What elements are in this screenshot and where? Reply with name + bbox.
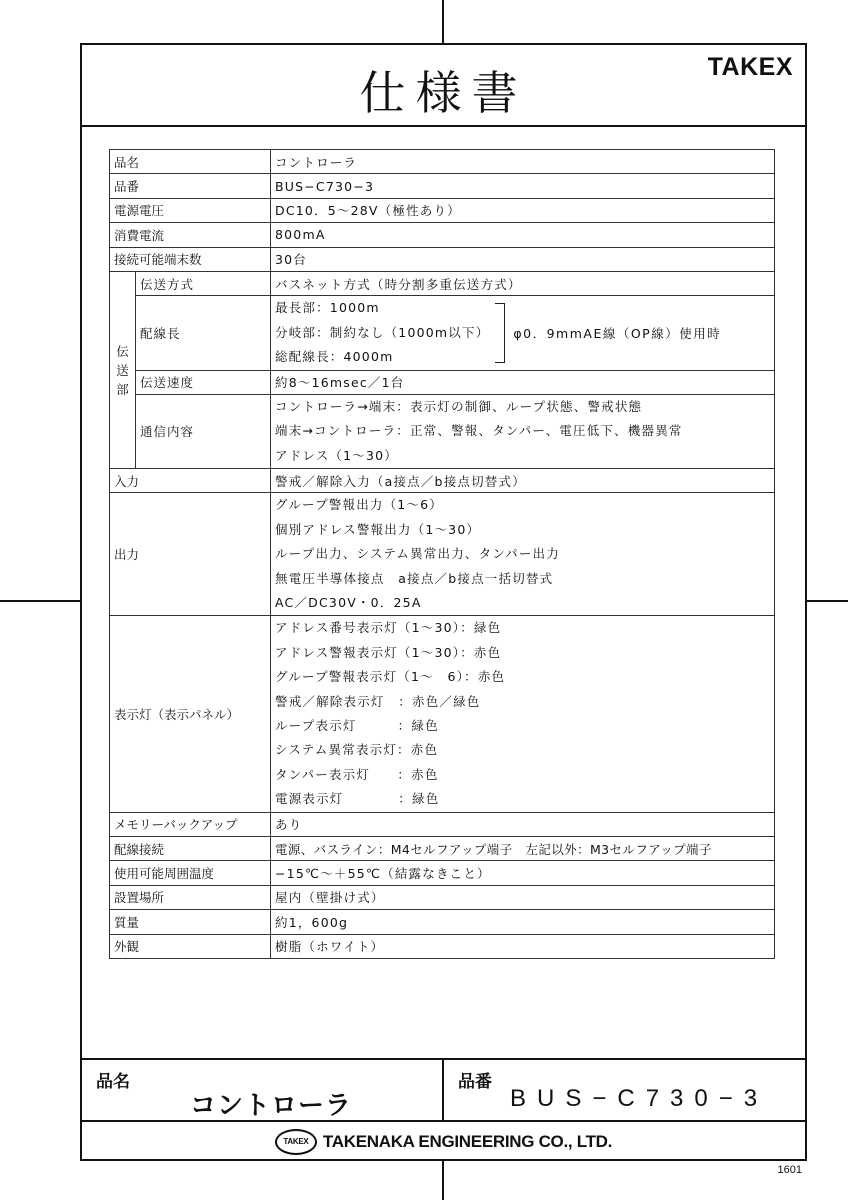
table-row-supply-voltage: 電源電圧 DC10．5～28V（極性あり）	[110, 198, 775, 222]
footer-product-name-cell: 品名 コントローラ	[82, 1060, 444, 1120]
row-label: メモリーバックアップ	[110, 812, 271, 836]
row-label: 品名	[110, 150, 271, 174]
company-name: TAKENAKA ENGINEERING CO., LTD.	[323, 1132, 612, 1152]
transmission-group-label: 伝送部	[110, 271, 136, 468]
company-row: TAKEX TAKENAKA ENGINEERING CO., LTD.	[82, 1122, 805, 1161]
indicator-line: 電源表示灯 ：緑色	[275, 787, 770, 811]
crop-mark-right	[806, 600, 848, 602]
table-row-transmission-speed: 伝送速度 約8～16msec／1台	[110, 370, 775, 394]
row-value: 屋内（壁掛け式）	[271, 885, 775, 909]
row-label: 設置場所	[110, 885, 271, 909]
wiring-line: 総配線長：4000m	[275, 345, 489, 369]
table-row-operating-temp: 使用可能周囲温度 −15℃～＋55℃（結露なきこと）	[110, 861, 775, 885]
table-row-location: 設置場所 屋内（壁掛け式）	[110, 885, 775, 909]
row-label: 品番	[110, 174, 271, 198]
indicator-line: ループ表示灯 ：緑色	[275, 714, 770, 738]
row-label: 配線長	[136, 296, 271, 370]
table-row-current: 消費電流 800mA	[110, 223, 775, 247]
indicator-line: タンパー表示灯 ：赤色	[275, 763, 770, 787]
row-value: DC10．5～28V（極性あり）	[271, 198, 775, 222]
row-label: 電源電圧	[110, 198, 271, 222]
footer-code-value: BUS−C730−3	[510, 1085, 768, 1113]
row-value: 最長部：1000m 分岐部：制約なし（1000m以下） 総配線長：4000m φ…	[271, 296, 775, 370]
footer-name-caption: 品名	[96, 1067, 130, 1092]
table-row-memory-backup: メモリーバックアップ あり	[110, 812, 775, 836]
output-line: ループ出力、システム異常出力、タンパー出力	[275, 542, 770, 566]
wiring-line: 最長部：1000m	[275, 296, 489, 320]
brand-logo: TAKEX	[708, 53, 793, 82]
row-label: 配線接続	[110, 836, 271, 860]
row-label: 質量	[110, 910, 271, 934]
communication-line: コントローラ→端末：表示灯の制御、ループ状態、警戒状態	[275, 395, 770, 419]
row-value: 約1，600g	[271, 910, 775, 934]
row-label: 表示灯（表示パネル）	[110, 616, 271, 812]
crop-mark-left	[0, 600, 80, 602]
crop-mark-bottom	[442, 1160, 444, 1200]
table-row-weight: 質量 約1，600g	[110, 910, 775, 934]
table-row-indicators: 表示灯（表示パネル） アドレス番号表示灯（1～30）：緑色 アドレス警報表示灯（…	[110, 616, 775, 812]
crop-mark-top	[442, 0, 444, 43]
row-label: 伝送方式	[136, 271, 271, 295]
indicator-line: アドレス警報表示灯（1～30）：赤色	[275, 641, 770, 665]
indicator-line: アドレス番号表示灯（1～30）：緑色	[275, 616, 770, 640]
table-row-communication: 通信内容 コントローラ→端末：表示灯の制御、ループ状態、警戒状態 端末→コントロ…	[110, 394, 775, 468]
row-value: 30台	[271, 247, 775, 271]
row-value: 約8～16msec／1台	[271, 370, 775, 394]
wiring-line: 分岐部：制約なし（1000m以下）	[275, 321, 489, 345]
output-line: グループ警報出力（1～6）	[275, 493, 770, 517]
row-value: 樹脂（ホワイト）	[271, 934, 775, 958]
group-label-text: 伝送部	[114, 342, 131, 399]
row-value: BUS−C730−3	[271, 174, 775, 198]
row-value: アドレス番号表示灯（1～30）：緑色 アドレス警報表示灯（1～30）：赤色 グル…	[271, 616, 775, 812]
row-value: −15℃～＋55℃（結露なきこと）	[271, 861, 775, 885]
footer-title-block: 品名 コントローラ 品番 BUS−C730−3	[82, 1058, 805, 1122]
row-value: グループ警報出力（1～6） 個別アドレス警報出力（1～30） ループ出力、システ…	[271, 493, 775, 616]
row-label: 消費電流	[110, 223, 271, 247]
row-label: 入力	[110, 469, 271, 493]
communication-line: 端末→コントローラ：正常、警報、タンパー、電圧低下、機器異常	[275, 419, 770, 443]
output-line: AC／DC30V・0．25A	[275, 591, 770, 615]
row-value: バスネット方式（時分割多重伝送方式）	[271, 271, 775, 295]
table-row-wiring-length: 配線長 最長部：1000m 分岐部：制約なし（1000m以下） 総配線長：400…	[110, 296, 775, 370]
row-value: コントローラ	[271, 150, 775, 174]
document-number: 1601	[778, 1164, 802, 1176]
row-label: 出力	[110, 493, 271, 616]
row-label: 通信内容	[136, 394, 271, 468]
company-logo-icon: TAKEX	[275, 1129, 317, 1155]
indicator-line: グループ警報表示灯（1～ 6）：赤色	[275, 665, 770, 689]
indicator-line: 警戒／解除表示灯 ：赤色／緑色	[275, 690, 770, 714]
footer-name-value: コントローラ	[190, 1085, 352, 1122]
output-line: 無電圧半導体接点 a接点／b接点一括切替式	[275, 567, 770, 591]
title-row: 仕様書 TAKEX	[82, 45, 805, 127]
row-value: 警戒／解除入力（a接点／b接点切替式）	[271, 469, 775, 493]
bracket-divider	[495, 303, 505, 363]
table-row-transmission-method: 伝送部 伝送方式 バスネット方式（時分割多重伝送方式）	[110, 271, 775, 295]
output-line: 個別アドレス警報出力（1～30）	[275, 518, 770, 542]
row-value: 電源、バスライン：M4セルフアップ端子 左記以外：M3セルフアップ端子	[271, 836, 775, 860]
indicator-line: システム異常表示灯：赤色	[275, 738, 770, 762]
footer-code-caption: 品番	[458, 1067, 492, 1092]
communication-line: アドレス（1～30）	[275, 444, 770, 468]
footer-model-cell: 品番 BUS−C730−3	[444, 1060, 805, 1120]
table-row-wiring-connection: 配線接続 電源、バスライン：M4セルフアップ端子 左記以外：M3セルフアップ端子	[110, 836, 775, 860]
row-label: 接続可能端末数	[110, 247, 271, 271]
row-value: 800mA	[271, 223, 775, 247]
table-row-input: 入力 警戒／解除入力（a接点／b接点切替式）	[110, 469, 775, 493]
table-row-appearance: 外観 樹脂（ホワイト）	[110, 934, 775, 958]
page-title: 仕様書	[82, 57, 805, 123]
table-row-model: 品番 BUS−C730−3	[110, 174, 775, 198]
wiring-condition: φ0．9mmAE線（OP線）使用時	[513, 324, 721, 342]
table-row-output: 出力 グループ警報出力（1～6） 個別アドレス警報出力（1～30） ループ出力、…	[110, 493, 775, 616]
spec-table: 品名 コントローラ 品番 BUS−C730−3 電源電圧 DC10．5～28V（…	[109, 149, 775, 959]
row-value: コントローラ→端末：表示灯の制御、ループ状態、警戒状態 端末→コントローラ：正常…	[271, 394, 775, 468]
row-label: 使用可能周囲温度	[110, 861, 271, 885]
row-value: あり	[271, 812, 775, 836]
row-label: 伝送速度	[136, 370, 271, 394]
row-label: 外観	[110, 934, 271, 958]
table-row-product-name: 品名 コントローラ	[110, 150, 775, 174]
spec-sheet-frame: 仕様書 TAKEX 品名 コントローラ 品番 BUS−C730−3 電源電圧 D…	[80, 43, 807, 1161]
table-row-max-terminals: 接続可能端末数 30台	[110, 247, 775, 271]
